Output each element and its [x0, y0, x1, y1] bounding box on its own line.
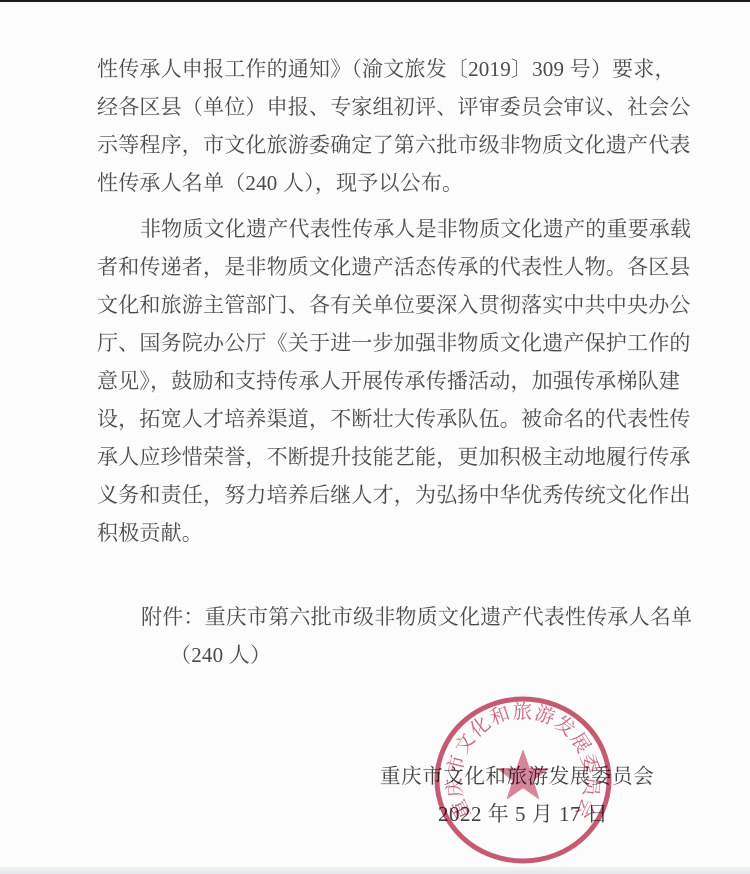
text-line: 厅、国务院办公厅《关于进一步加强非物质文化遗产保护工作的 [97, 324, 697, 362]
text-line: 性传承人名单（240 人），现予以公布。 [97, 164, 697, 202]
text-line: 非物质文化遗产代表性传承人是非物质文化遗产的重要承载 [97, 210, 697, 248]
seal-star-icon [496, 749, 549, 800]
official-seal: 重庆市文化和旅游发展委员会 [423, 685, 623, 874]
text-line: 者和传递者，是非物质文化遗产活态传承的代表性人物。各区县 [97, 248, 697, 286]
text-line: 设，拓宽人才培养渠道，不断壮大传承队伍。被命名的代表性传 [97, 400, 697, 438]
attachment-title: 附件：重庆市第六批市级非物质文化遗产代表性传承人名单 [141, 598, 697, 636]
text-line: 示等程序，市文化旅游委确定了第六批市级非物质文化遗产代表 [97, 126, 697, 164]
attachment-block: 附件：重庆市第六批市级非物质文化遗产代表性传承人名单 （240 人） [97, 598, 697, 674]
scan-top-edge [0, 0, 750, 2]
document-body: 性传承人申报工作的通知》（渝文旅发〔2019〕309 号）要求，经各区县（单位）… [97, 50, 697, 674]
attachment-count: （240 人） [170, 636, 697, 674]
text-line: 性传承人申报工作的通知》（渝文旅发〔2019〕309 号）要求， [97, 50, 697, 88]
text-line: 意见》，鼓励和支持传承人开展传承传播活动，加强传承梯队建 [97, 362, 697, 400]
paragraph-2: 非物质文化遗产代表性传承人是非物质文化遗产的重要承载者和传递者，是非物质文化遗产… [97, 210, 697, 552]
text-line: 积极贡献。 [97, 514, 697, 552]
text-line: 义务和责任，努力培养后继人才，为弘扬中华优秀传统文化作出 [97, 476, 697, 514]
text-line: 文化和旅游主管部门、各有关单位要深入贯彻落实中共中央办公 [97, 286, 697, 324]
document-page: 性传承人申报工作的通知》（渝文旅发〔2019〕309 号）要求，经各区县（单位）… [0, 0, 750, 874]
scan-bottom-edge [0, 867, 750, 874]
text-line: 经各区县（单位）申报、专家组初评、评审委员会审议、社会公 [97, 88, 697, 126]
paragraph-1: 性传承人申报工作的通知》（渝文旅发〔2019〕309 号）要求，经各区县（单位）… [97, 50, 697, 202]
text-line: 承人应珍惜荣誉，不断提升技能艺能，更加积极主动地履行传承 [97, 438, 697, 476]
